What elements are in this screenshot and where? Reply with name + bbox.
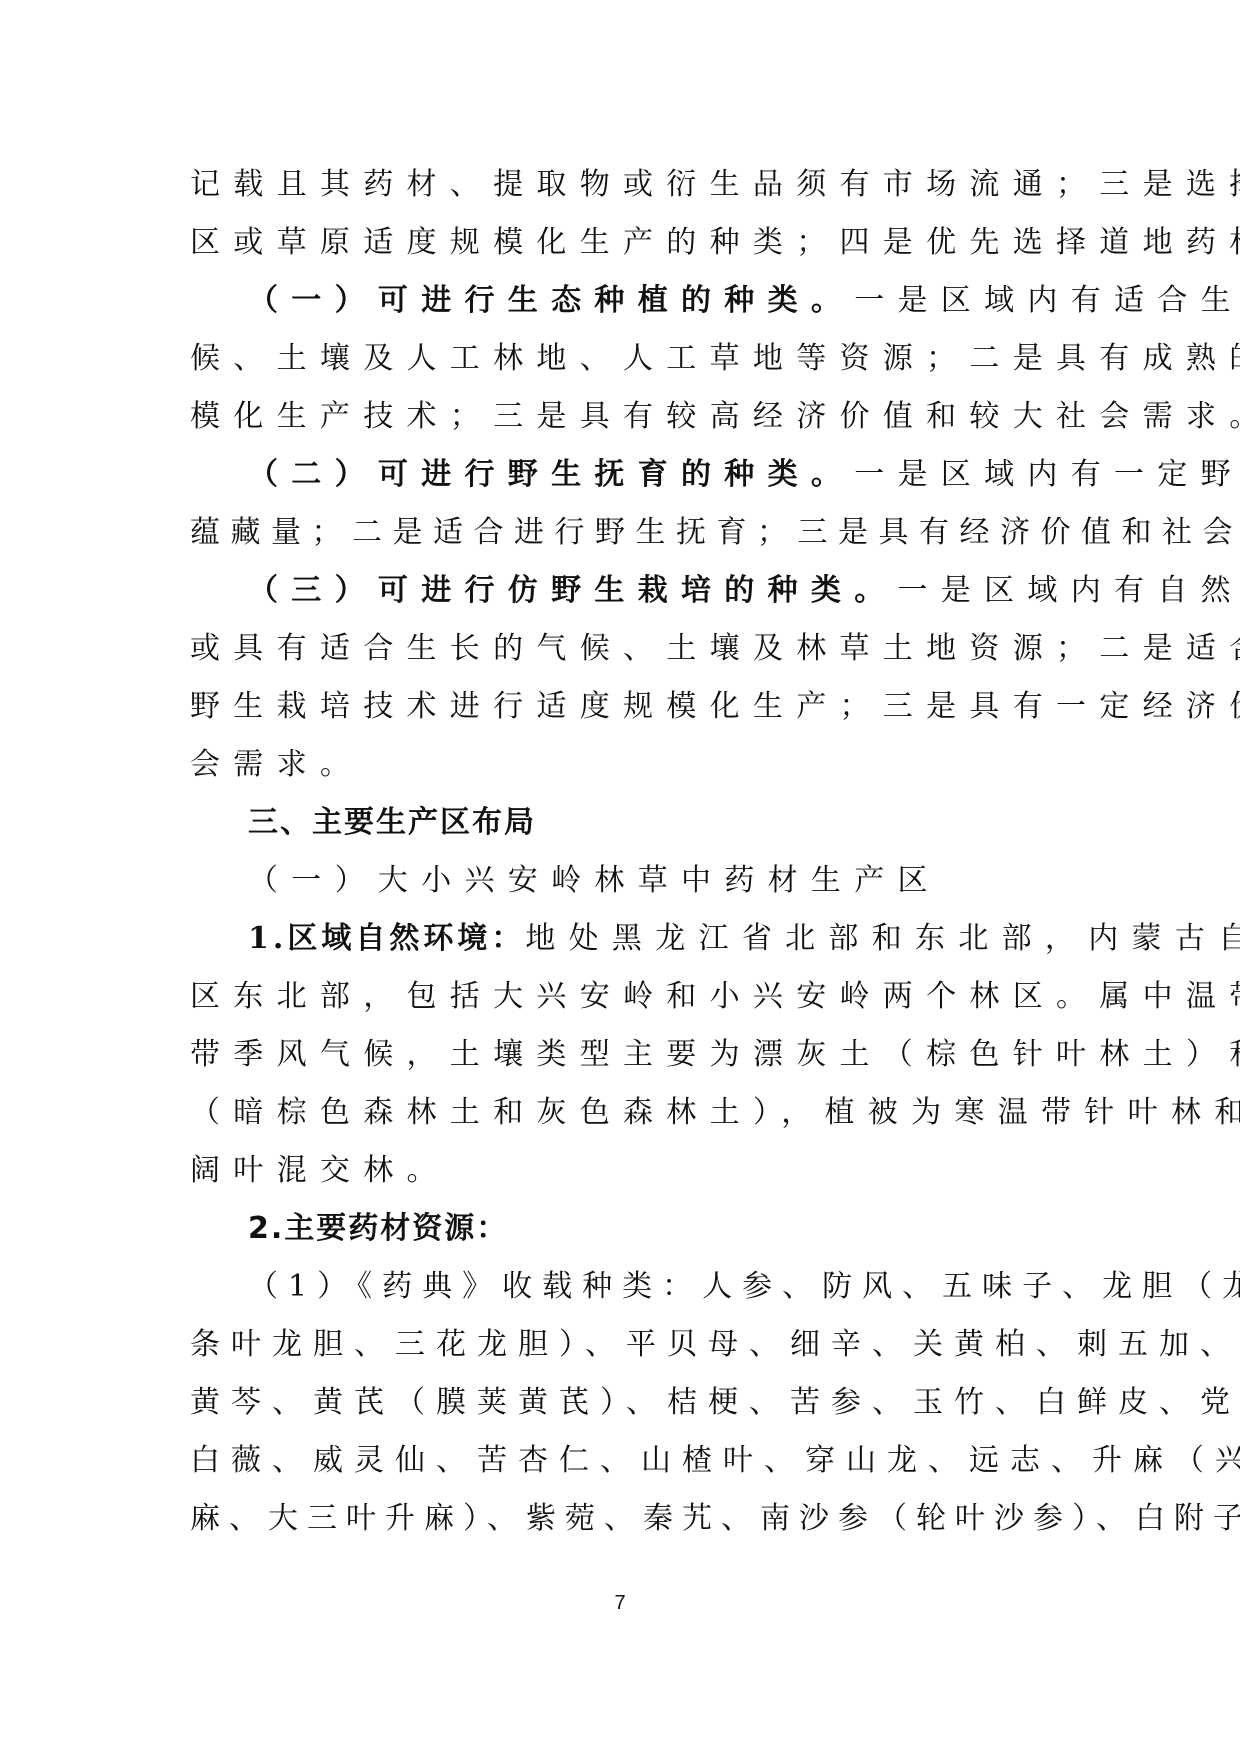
paragraph-line: 区或草原适度规模化生产的种类；四是优先选择道地药材种类。 bbox=[190, 214, 1056, 272]
item-1-label: 1.区域自然环境： bbox=[248, 921, 525, 956]
item-1-line-5: 阔叶混交林。 bbox=[190, 1142, 1056, 1200]
section-1-text: 一是区域内有适合生长的气 bbox=[854, 283, 1240, 318]
item-2-1-line-2: 条叶龙胆、三花龙胆）、平贝母、细辛、关黄柏、刺五加、赤芍、 bbox=[190, 1316, 1056, 1374]
item-1-text: 地处黑龙江省北部和东北部，内蒙古自治 bbox=[525, 921, 1240, 956]
section-3-line-2: 或具有适合生长的气候、土壤及林草土地资源；二是适合采用仿 bbox=[190, 620, 1056, 678]
item-2-1-line-5: 麻、大三叶升麻）、紫菀、秦艽、南沙参（轮叶沙参）、白附子、 bbox=[190, 1490, 1056, 1548]
item-1-line-2: 区东北部，包括大兴安岭和小兴安岭两个林区。属中温带、寒温 bbox=[190, 968, 1056, 1026]
subheading: （一）大小兴安岭林草中药材生产区 bbox=[190, 852, 1056, 910]
section-3-text: 一是区域内有自然分布， bbox=[898, 573, 1240, 608]
section-2-text: 一是区域内有一定野生资源 bbox=[854, 457, 1240, 492]
item-2-1-line-3: 黄芩、黄芪（膜荚黄芪）、桔梗、苦参、玉竹、白鲜皮、党参、 bbox=[190, 1374, 1056, 1432]
section-3-title: （三）可进行仿野生栽培的种类。 bbox=[248, 573, 898, 608]
paragraph-line: 记载且其药材、提取物或衍生品须有市场流通；三是选择可在林 bbox=[190, 156, 1056, 214]
chapter-heading: 三、主要生产区布局 bbox=[190, 794, 1056, 852]
section-2-line-1: （二）可进行野生抚育的种类。一是区域内有一定野生资源 bbox=[190, 446, 1056, 504]
page-number: 7 bbox=[0, 1592, 1240, 1615]
item-2-1-line-1: （1）《药典》收载种类：人参、防风、五味子、龙胆（龙胆、 bbox=[190, 1258, 1056, 1316]
item-2-label: 2.主要药材资源： bbox=[190, 1200, 1056, 1258]
section-1-line-3: 模化生产技术；三是具有较高经济价值和较大社会需求。 bbox=[190, 388, 1056, 446]
section-1-line-1: （一）可进行生态种植的种类。一是区域内有适合生长的气 bbox=[190, 272, 1056, 330]
section-1-line-2: 候、土壤及人工林地、人工草地等资源；二是具有成熟的适度规 bbox=[190, 330, 1056, 388]
section-2-title: （二）可进行野生抚育的种类。 bbox=[248, 457, 854, 492]
item-1-line-3: 带季风气候，土壤类型主要为漂灰土（棕色针叶林土）和暗棕壤 bbox=[190, 1026, 1056, 1084]
section-3-line-4: 会需求。 bbox=[190, 736, 1056, 794]
document-page: 记载且其药材、提取物或衍生品须有市场流通；三是选择可在林 区或草原适度规模化生产… bbox=[190, 156, 1056, 1548]
section-3-line-3: 野生栽培技术进行适度规模化生产；三是具有一定经济价值和社 bbox=[190, 678, 1056, 736]
section-2-line-2: 蕴藏量；二是适合进行野生抚育；三是具有经济价值和社会需求。 bbox=[190, 504, 1056, 562]
section-3-line-1: （三）可进行仿野生栽培的种类。一是区域内有自然分布， bbox=[190, 562, 1056, 620]
item-1-line-4: （暗棕色森林土和灰色森林土），植被为寒温带针叶林和温带针 bbox=[190, 1084, 1056, 1142]
item-2-1-line-4: 白薇、威灵仙、苦杏仁、山楂叶、穿山龙、远志、升麻（兴安升 bbox=[190, 1432, 1056, 1490]
item-1-line-1: 1.区域自然环境：地处黑龙江省北部和东北部，内蒙古自治 bbox=[190, 910, 1056, 968]
section-1-title: （一）可进行生态种植的种类。 bbox=[248, 283, 854, 318]
